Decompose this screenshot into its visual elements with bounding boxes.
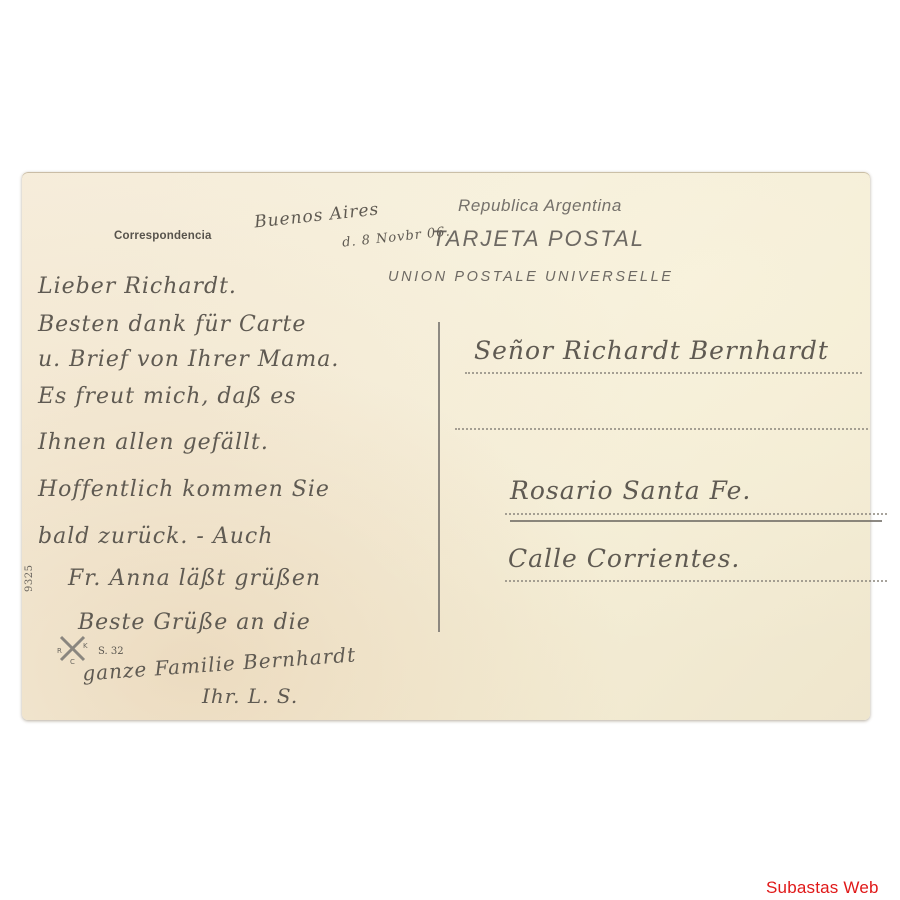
- svg-text:K: K: [83, 642, 88, 650]
- address-rule-4: [505, 580, 887, 582]
- postcard-title: TARJETA POSTAL: [432, 226, 645, 252]
- address-rule-1: [465, 372, 862, 374]
- message-line: Es freut mich, daß es: [38, 384, 297, 409]
- series-number: S. 32: [98, 646, 124, 657]
- address-rule-3: [505, 513, 887, 515]
- message-line: Hoffentlich kommen Sie: [38, 477, 330, 502]
- address-rule-2: [455, 428, 868, 430]
- message-line: u. Brief von Ihrer Mama.: [38, 347, 339, 372]
- message-line: Lieber Richardt.: [38, 274, 237, 299]
- svg-text:C: C: [70, 658, 75, 664]
- address-line-street: Calle Corrientes.: [508, 544, 740, 573]
- correspondence-label: Correspondencia: [114, 230, 212, 242]
- address-divider: [438, 322, 440, 632]
- postcard-back: Republica Argentina TARJETA POSTAL UNION…: [22, 172, 870, 720]
- publisher-monogram-icon: R K C: [56, 634, 90, 664]
- postal-union-label: UNION POSTALE UNIVERSELLE: [388, 269, 674, 285]
- handwritten-place: Buenos Aires: [253, 199, 380, 232]
- message-signature: Ihr. L. S.: [202, 684, 298, 708]
- message-line: Besten dank für Carte: [38, 312, 306, 337]
- message-line: Fr. Anna läßt grüßen: [68, 566, 321, 591]
- printer-serial: 9325: [24, 565, 35, 592]
- svg-text:R: R: [57, 647, 62, 655]
- watermark-label: Subastas Web: [766, 878, 879, 898]
- address-line-name: Señor Richardt Bernhardt: [474, 336, 829, 365]
- address-underline: [510, 520, 882, 522]
- message-line: bald zurück. - Auch: [38, 524, 273, 549]
- address-line-city: Rosario Santa Fe.: [510, 476, 751, 505]
- country-heading: Republica Argentina: [458, 196, 622, 216]
- message-line: Beste Grüße an die: [78, 610, 311, 635]
- message-line: Ihnen allen gefällt.: [38, 430, 269, 455]
